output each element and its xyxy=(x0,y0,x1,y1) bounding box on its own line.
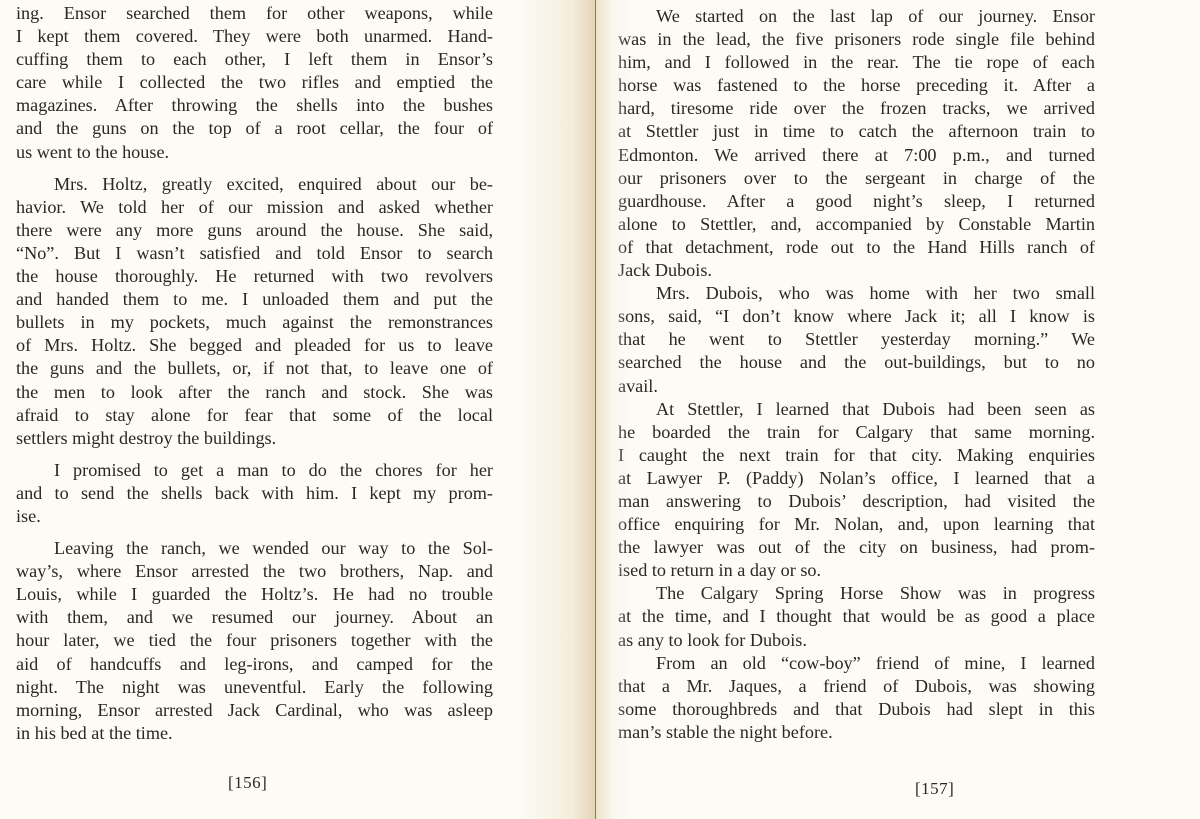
text-line: us went to the house. xyxy=(16,141,493,164)
text-line: morning, Ensor arrested Jack Cardinal, w… xyxy=(16,699,493,722)
text-line: settlers might destroy the buildings. xyxy=(16,427,493,450)
text-line: office enquiring for Mr. Nolan, and, upo… xyxy=(618,513,1095,536)
text-line: hard, tiresome ride over the frozen trac… xyxy=(618,97,1095,120)
paragraph: The Calgary Spring Horse Show was in pro… xyxy=(618,582,1095,651)
text-line: of that detachment, rode out to the Hand… xyxy=(618,236,1095,259)
left-page: ing. Ensor searched them for other weapo… xyxy=(0,0,595,819)
text-line: the guns and the bullets, or, if not tha… xyxy=(16,357,493,380)
text-line: We started on the last lap of our journe… xyxy=(618,5,1095,28)
text-line: man’s stable the night before. xyxy=(618,721,1095,744)
text-line: magazines. After throwing the shells int… xyxy=(16,94,493,117)
text-line: I caught the next train for that city. M… xyxy=(618,444,1095,467)
text-line: I promised to get a man to do the chores… xyxy=(16,459,493,482)
text-line: as any to look for Dubois. xyxy=(618,629,1095,652)
text-line: horse was fastened to the horse precedin… xyxy=(618,74,1095,97)
text-line: and the guns on the top of a root cellar… xyxy=(16,117,493,140)
text-line: of Mrs. Holtz. She begged and pleaded fo… xyxy=(16,334,493,357)
text-line: at Lawyer P. (Paddy) Nolan’s office, I l… xyxy=(618,467,1095,490)
text-line: the lawyer was out of the city on busine… xyxy=(618,536,1095,559)
text-line: The Calgary Spring Horse Show was in pro… xyxy=(618,582,1095,605)
left-page-text: ing. Ensor searched them for other weapo… xyxy=(16,2,493,745)
text-line: Jack Dubois. xyxy=(618,259,1095,282)
text-line: in his bed at the time. xyxy=(16,722,493,745)
text-line: with them, and we resumed our journey. A… xyxy=(16,606,493,629)
text-line: care while I collected the two rifles an… xyxy=(16,71,493,94)
text-line: way’s, where Ensor arrested the two brot… xyxy=(16,560,493,583)
text-line: Edmonton. We arrived there at 7:00 p.m.,… xyxy=(618,144,1095,167)
text-line: our prisoners over to the sergeant in ch… xyxy=(618,167,1095,190)
paragraph: We started on the last lap of our journe… xyxy=(618,5,1095,282)
paragraph: ing. Ensor searched them for other weapo… xyxy=(16,2,493,164)
text-line: he boarded the train for Calgary that sa… xyxy=(618,421,1095,444)
text-line: the men to look after the ranch and stoc… xyxy=(16,381,493,404)
text-line: that he went to Stettler yesterday morni… xyxy=(618,328,1095,351)
text-line: ing. Ensor searched them for other weapo… xyxy=(16,2,493,25)
text-line: searched the house and the out-buildings… xyxy=(618,351,1095,374)
paragraph: At Stettler, I learned that Dubois had b… xyxy=(618,398,1095,583)
text-line: at the time, and I thought that would be… xyxy=(618,605,1095,628)
text-line: sons, said, “I don’t know where Jack it;… xyxy=(618,305,1095,328)
paragraph: Mrs. Dubois, who was home with her two s… xyxy=(618,282,1095,397)
text-line: ised to return in a day or so. xyxy=(618,559,1095,582)
text-line: man answering to Dubois’ description, ha… xyxy=(618,490,1095,513)
text-line: Mrs. Holtz, greatly excited, enquired ab… xyxy=(16,173,493,196)
text-line: the house thoroughly. He returned with t… xyxy=(16,265,493,288)
text-line: Leaving the ranch, we wended our way to … xyxy=(16,537,493,560)
gutter-shadow-left xyxy=(520,0,595,819)
book-spread: ing. Ensor searched them for other weapo… xyxy=(0,0,1200,819)
text-line: that a Mr. Jaques, a friend of Dubois, w… xyxy=(618,675,1095,698)
right-page-text: We started on the last lap of our journe… xyxy=(618,5,1095,744)
right-page: We started on the last lap of our journe… xyxy=(595,0,1200,819)
paragraph: From an old “cow-boy” friend of mine, I … xyxy=(618,652,1095,744)
text-line: I kept them covered. They were both unar… xyxy=(16,25,493,48)
text-line: Mrs. Dubois, who was home with her two s… xyxy=(618,282,1095,305)
text-line: cuffing them to each other, I left them … xyxy=(16,48,493,71)
text-line: havior. We told her of our mission and a… xyxy=(16,196,493,219)
text-line: “No”. But I wasn’t satisfied and told En… xyxy=(16,242,493,265)
text-line: alone to Stettler, and, accompanied by C… xyxy=(618,213,1095,236)
text-line: was in the lead, the five prisoners rode… xyxy=(618,28,1095,51)
gutter-shadow-right xyxy=(595,0,630,819)
text-line: night. The night was uneventful. Early t… xyxy=(16,676,493,699)
text-line: At Stettler, I learned that Dubois had b… xyxy=(618,398,1095,421)
left-page-number: [156] xyxy=(228,773,267,793)
text-line: From an old “cow-boy” friend of mine, I … xyxy=(618,652,1095,675)
right-page-number: [157] xyxy=(915,779,954,799)
text-line: him, and I followed in the rear. The tie… xyxy=(618,51,1095,74)
text-line: and handed them to me. I unloaded them a… xyxy=(16,288,493,311)
text-line: bullets in my pockets, much against the … xyxy=(16,311,493,334)
text-line: guardhouse. After a good night’s sleep, … xyxy=(618,190,1095,213)
text-line: Louis, while I guarded the Holtz’s. He h… xyxy=(16,583,493,606)
text-line: ise. xyxy=(16,505,493,528)
text-line: aid of handcuffs and leg-irons, and camp… xyxy=(16,653,493,676)
paragraph: I promised to get a man to do the chores… xyxy=(16,459,493,528)
paragraph: Mrs. Holtz, greatly excited, enquired ab… xyxy=(16,173,493,450)
text-line: there were any more guns around the hous… xyxy=(16,219,493,242)
text-line: and to send the shells back with him. I … xyxy=(16,482,493,505)
text-line: at Stettler just in time to catch the af… xyxy=(618,120,1095,143)
book-gutter-fold xyxy=(595,0,596,819)
paragraph: Leaving the ranch, we wended our way to … xyxy=(16,537,493,745)
text-line: some thoroughbreds and that Dubois had s… xyxy=(618,698,1095,721)
text-line: avail. xyxy=(618,375,1095,398)
text-line: hour later, we tied the four prisoners t… xyxy=(16,629,493,652)
text-line: afraid to stay alone for fear that some … xyxy=(16,404,493,427)
